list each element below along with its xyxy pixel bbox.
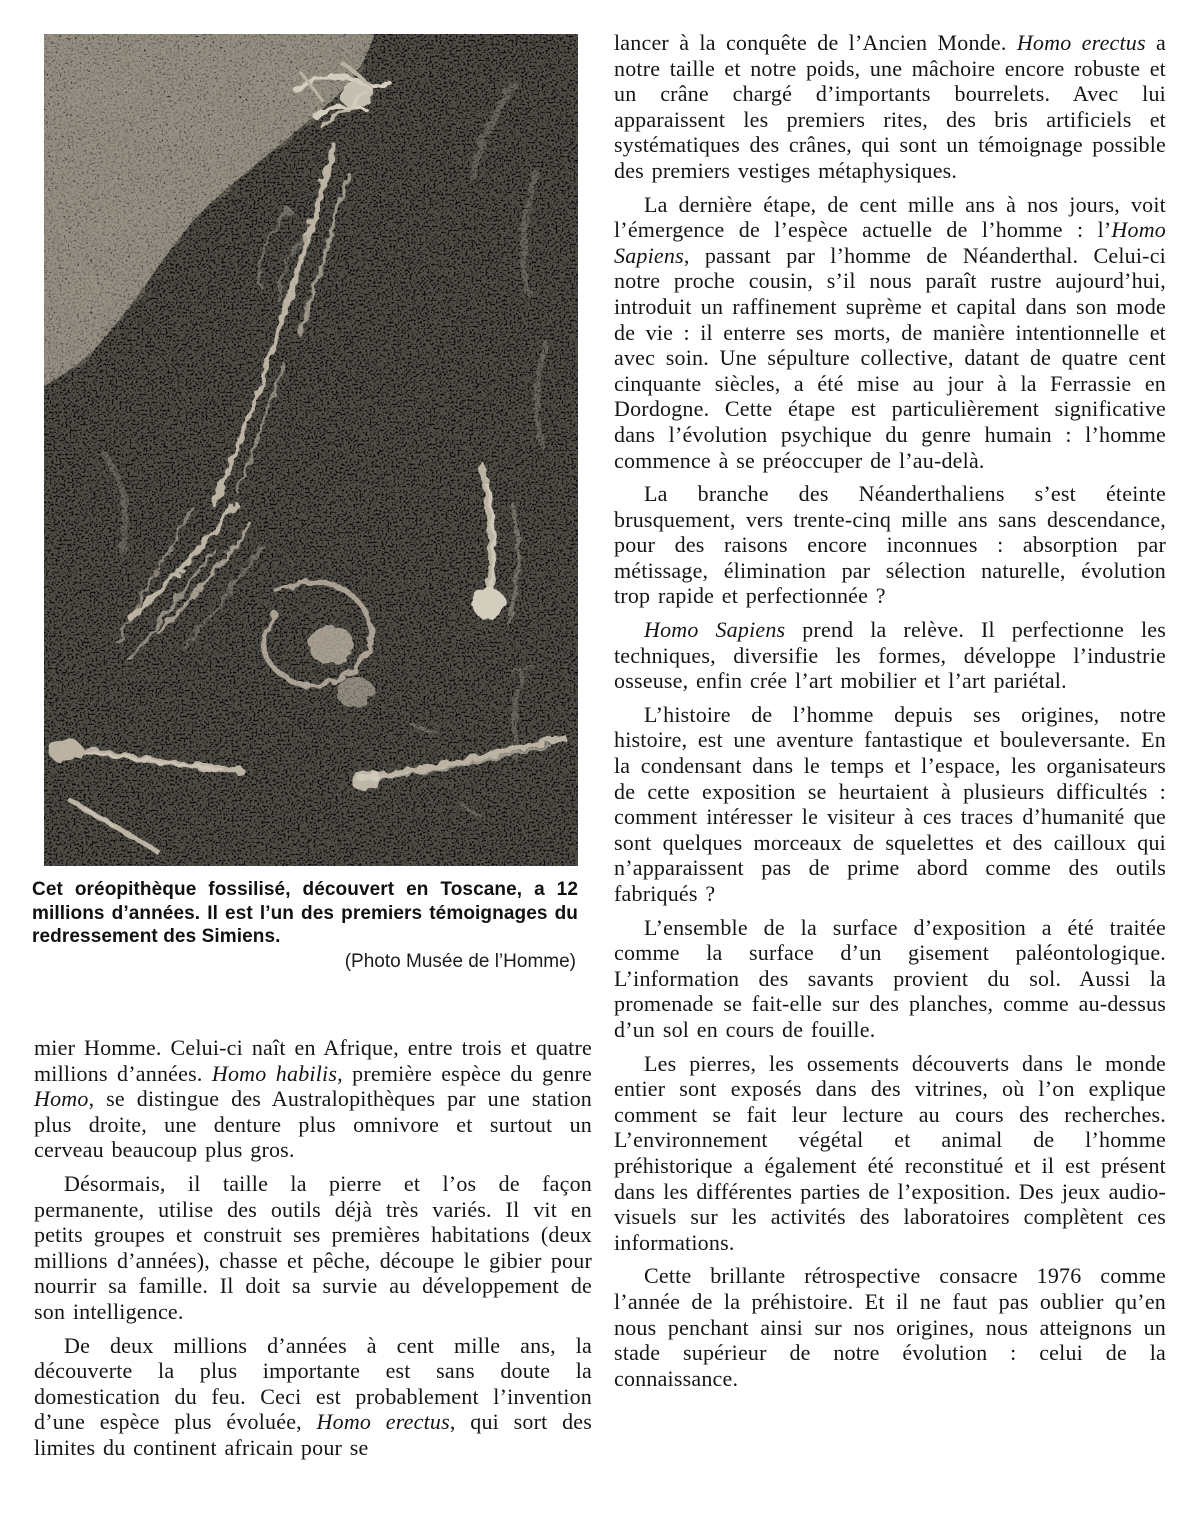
photo-caption: Cet oréopithèque fossilisé, découvert en… <box>32 878 578 949</box>
text-segment: L’ensemble de la surface d’exposition a … <box>614 915 1166 1042</box>
paragraph: L’ensemble de la surface d’exposition a … <box>614 915 1166 1043</box>
right-column: lancer à la conquête de l’Ancien Monde. … <box>614 30 1166 1515</box>
paragraph: La branche des Néanderthaliens s’est éte… <box>614 481 1166 609</box>
left-column: Cet oréopithèque fossilisé, découvert en… <box>34 30 592 1515</box>
paragraph: Cette brillante rétrospective consacre 1… <box>614 1263 1166 1391</box>
paragraph: mier Homme. Celui-ci naît en Afrique, en… <box>34 1035 592 1163</box>
italic-text-segment: Homo erectus <box>317 1409 450 1434</box>
magazine-page: Cet oréopithèque fossilisé, découvert en… <box>0 0 1192 1515</box>
fossil-photo <box>44 34 578 866</box>
text-segment: Les pierres, les ossements découverts da… <box>614 1051 1166 1255</box>
text-segment: , passant par l’homme de Néanderthal. Ce… <box>614 243 1166 473</box>
text-segment: lancer à la conquête de l’Ancien Monde. <box>614 30 1017 55</box>
italic-text-segment: Homo erectus <box>1017 30 1146 55</box>
text-segment: première espèce du genre <box>343 1061 592 1086</box>
paragraph: L’histoire de l’homme depuis ses origine… <box>614 702 1166 907</box>
left-column-text: mier Homme. Celui-ci naît en Afrique, en… <box>34 1035 592 1461</box>
photo-credit: (Photo Musée de l’Homme) <box>32 950 576 974</box>
italic-text-segment: Homo Sapiens <box>644 617 785 642</box>
fossil-photo-svg <box>44 34 578 866</box>
text-segment: L’histoire de l’homme depuis ses origine… <box>614 702 1166 906</box>
film-grain <box>44 34 578 866</box>
paragraph: Homo Sapiens prend la relève. Il perfect… <box>614 617 1166 694</box>
text-segment: La dernière étape, de cent mille ans à n… <box>614 192 1166 243</box>
text-segment: Désormais, il taille la pierre et l’os d… <box>34 1171 592 1324</box>
paragraph: lancer à la conquête de l’Ancien Monde. … <box>614 30 1166 184</box>
right-column-text: lancer à la conquête de l’Ancien Monde. … <box>614 30 1166 1391</box>
italic-text-segment: Homo, <box>34 1086 94 1111</box>
text-segment: La branche des Néanderthaliens s’est éte… <box>614 481 1166 608</box>
fossil-photo-figure: Cet oréopithèque fossilisé, découvert en… <box>44 34 578 973</box>
italic-text-segment: Homo habilis, <box>212 1061 343 1086</box>
photo-caption-block: Cet oréopithèque fossilisé, découvert en… <box>32 878 578 973</box>
paragraph: De deux millions d’années à cent mille a… <box>34 1333 592 1461</box>
paragraph: Désormais, il taille la pierre et l’os d… <box>34 1171 592 1325</box>
text-segment: se distingue des Australopithèques par u… <box>34 1086 592 1162</box>
paragraph: La dernière étape, de cent mille ans à n… <box>614 192 1166 474</box>
paragraph: Les pierres, les ossements découverts da… <box>614 1051 1166 1256</box>
text-segment: Cette brillante rétrospective consacre 1… <box>614 1263 1166 1390</box>
